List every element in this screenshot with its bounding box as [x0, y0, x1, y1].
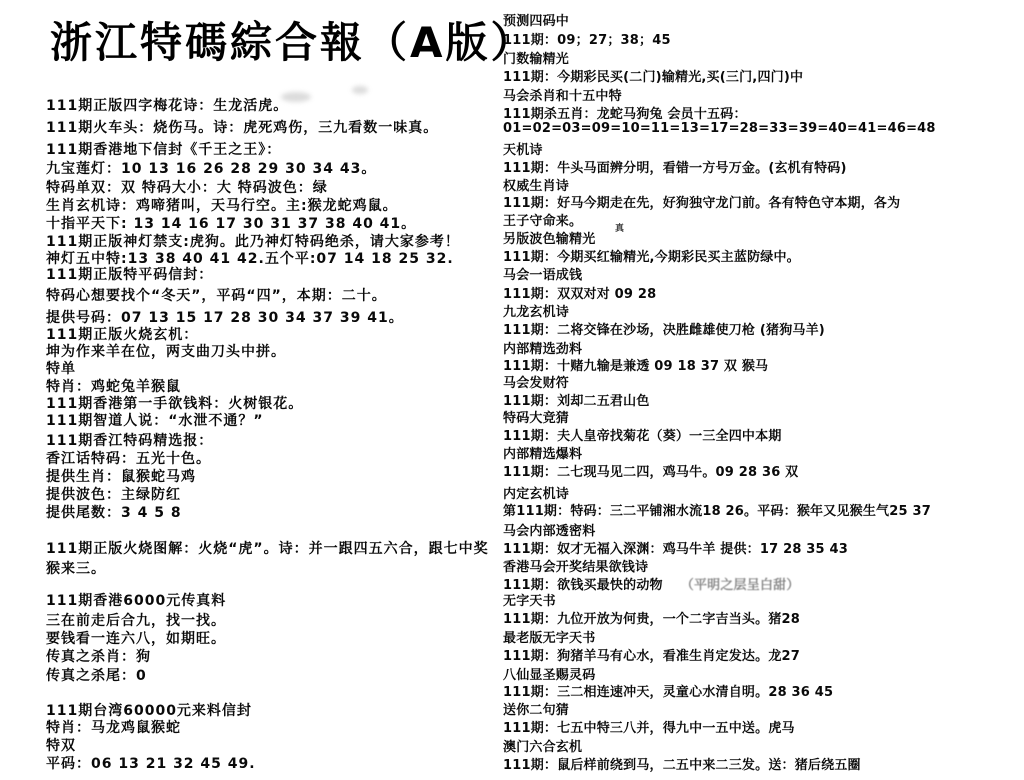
tip-line: 内部精选爆料 — [503, 443, 582, 462]
tip-line: 111期香港地下信封《千王之王》： — [46, 139, 281, 159]
tip-line: 特码单双：双 特码大小：大 特码波色：绿 — [46, 177, 328, 197]
tip-line: 111期：双双对对 09 28 — [503, 283, 656, 302]
tip-line: 传真之杀尾：0 — [46, 665, 147, 685]
tip-line: 另版波色输精光 — [503, 228, 595, 247]
page-title: 浙江特碼綜合報（A版） — [50, 10, 536, 70]
tip-line: 111期香港6000元传真料 — [46, 590, 226, 610]
tip-line: 111期：牛头马面辨分明，看错一方号万金。(玄机有特码) — [503, 157, 847, 176]
tip-line: 十指平天下: 13 14 16 17 30 31 37 38 40 41。 — [46, 213, 416, 233]
tip-line: 01=02=03=09=10=11=13=17=28=33=39=40=41=4… — [503, 121, 936, 136]
tip-line: 111期：二七现马见二四，鸡马牛。09 28 36 双 — [503, 461, 798, 480]
faded-note: （平明之层呈白甜） — [681, 578, 800, 593]
tip-line: 111期：奴才无福入深渊：鸡马牛羊 提供：17 28 35 43 — [503, 538, 848, 557]
tip-line: 111期正版火烧图解：火烧“虎”。诗：并一跟四五六合，跟七中奖 — [46, 538, 489, 558]
tip-line: 马会一语成钱 — [503, 264, 582, 283]
tip-line: 特码大竞猜 — [503, 407, 569, 426]
print-smudge — [352, 86, 368, 94]
tip-line: 111期：狗猪羊马有心水，看准生肖定发达。龙27 — [503, 645, 800, 664]
tip-line: 111期：三二相连速冲天，灵童心水清自明。28 36 45 — [503, 681, 833, 700]
tip-line: 特码心想要找个“冬天”，平码“四”，本期：二十。 — [46, 285, 387, 305]
tip-line: 111期正版特平码信封： — [46, 264, 213, 284]
tip-line: 送你二句猜 — [503, 699, 569, 718]
tip-line: 生肖玄机诗：鸡啼猪叫，天马行空。主:猴龙蛇鸡鼠。 — [46, 195, 398, 215]
tip-line: 特单 — [46, 358, 76, 378]
tip-line: 111期：好马今期走在先，好狗独守龙门前。各有特色守本期，各为 — [503, 192, 900, 211]
tip-line: 提供波色：主绿防红 — [46, 484, 181, 504]
tip-line: 111期：今期买红输精光,今期彩民买主蓝防绿中。 — [503, 246, 800, 265]
tip-line: 111期火车头：烧伤马。诗：虎死鸡伤，三九看数一味真。 — [46, 117, 438, 137]
tip-line: 第111期：特码：三二平铺湘水流18 26。平码：猴年又见猴生气25 37 — [503, 500, 931, 519]
tip-line: 马会发财符 — [503, 372, 569, 391]
tip-line: 澳门六合玄机 — [503, 736, 582, 755]
tip-line: 平码：06 13 21 32 45 49. — [46, 753, 256, 773]
tip-line: 111期香江特码精选报： — [46, 430, 213, 450]
tip-line: 无字天书 — [503, 590, 556, 609]
tip-line: 111期：九位开放为何贵，一个二字吉当头。猪28 — [503, 608, 800, 627]
tip-line: 王子守命来。 — [503, 210, 582, 229]
tiny-mark: 真 — [615, 221, 624, 234]
tip-line: 香江话特码：五光十色。 — [46, 448, 211, 468]
tip-line: 传真之杀肖：狗 — [46, 646, 151, 666]
tip-line: 111期智道人说：“水泄不通？” — [46, 410, 264, 430]
tip-line: 预测四码中 — [503, 10, 569, 29]
tip-line: 要钱看一连六八，如期旺。 — [46, 628, 226, 648]
report-page: 浙江特碼綜合報（A版） 111期正版四字梅花诗：生龙活虎。 111期火车头：烧伤… — [0, 0, 1024, 780]
tip-line: 111期杀五肖：龙蛇马狗兔 会员十五码： — [503, 103, 747, 122]
tip-line: 三在前走后合九，找一找。 — [46, 610, 226, 630]
tip-line: 111期：鼠后样前绕到马，二五中来二三发。送：猪后绕五圈 — [503, 754, 861, 773]
tip-line: 最老版无字天书 — [503, 627, 595, 646]
tip-line: 马会内部透密料 — [503, 520, 595, 539]
tip-line: 111期：09；27；38；45 — [503, 29, 671, 48]
tip-line: 天机诗 — [503, 139, 543, 158]
tip-line: 门数输精光 — [503, 48, 569, 67]
tip-line: 111期：七五中特三八并，得九中一五中送。虎马 — [503, 717, 795, 736]
tip-line: 111期正版四字梅花诗：生龙活虎。 — [46, 95, 288, 115]
tip-line: 111期：今期彩民买(二门)输精光,买(三门,四门)中 — [503, 66, 803, 85]
tip-line: 马会杀肖和十五中特 — [503, 85, 622, 104]
tip-line: 香港马会开奖结果欲钱诗 — [503, 556, 648, 575]
tip-line: 111期：二将交锋在沙场，决胜雌雄使刀枪 (猪狗马羊) — [503, 319, 825, 338]
tip-line: 九宝莲灯：10 13 16 26 28 29 30 34 43。 — [46, 158, 376, 178]
tip-line: 特双 — [46, 735, 76, 755]
tip-line: 特肖：马龙鸡鼠猴蛇 — [46, 717, 181, 737]
tip-line: 111期：夫人皇帝找菊花（葵）一三全四中本期 — [503, 425, 782, 444]
tip-line: 提供生肖：鼠猴蛇马鸡 — [46, 466, 196, 486]
tip-line: 坤为作来羊在位，两支曲刀头中拼。 — [46, 341, 286, 361]
tip-line: 提供尾数：3 4 5 8 — [46, 502, 182, 522]
tip-line: 九龙玄机诗 — [503, 301, 569, 320]
tip-line: 猴来三。 — [46, 558, 106, 578]
